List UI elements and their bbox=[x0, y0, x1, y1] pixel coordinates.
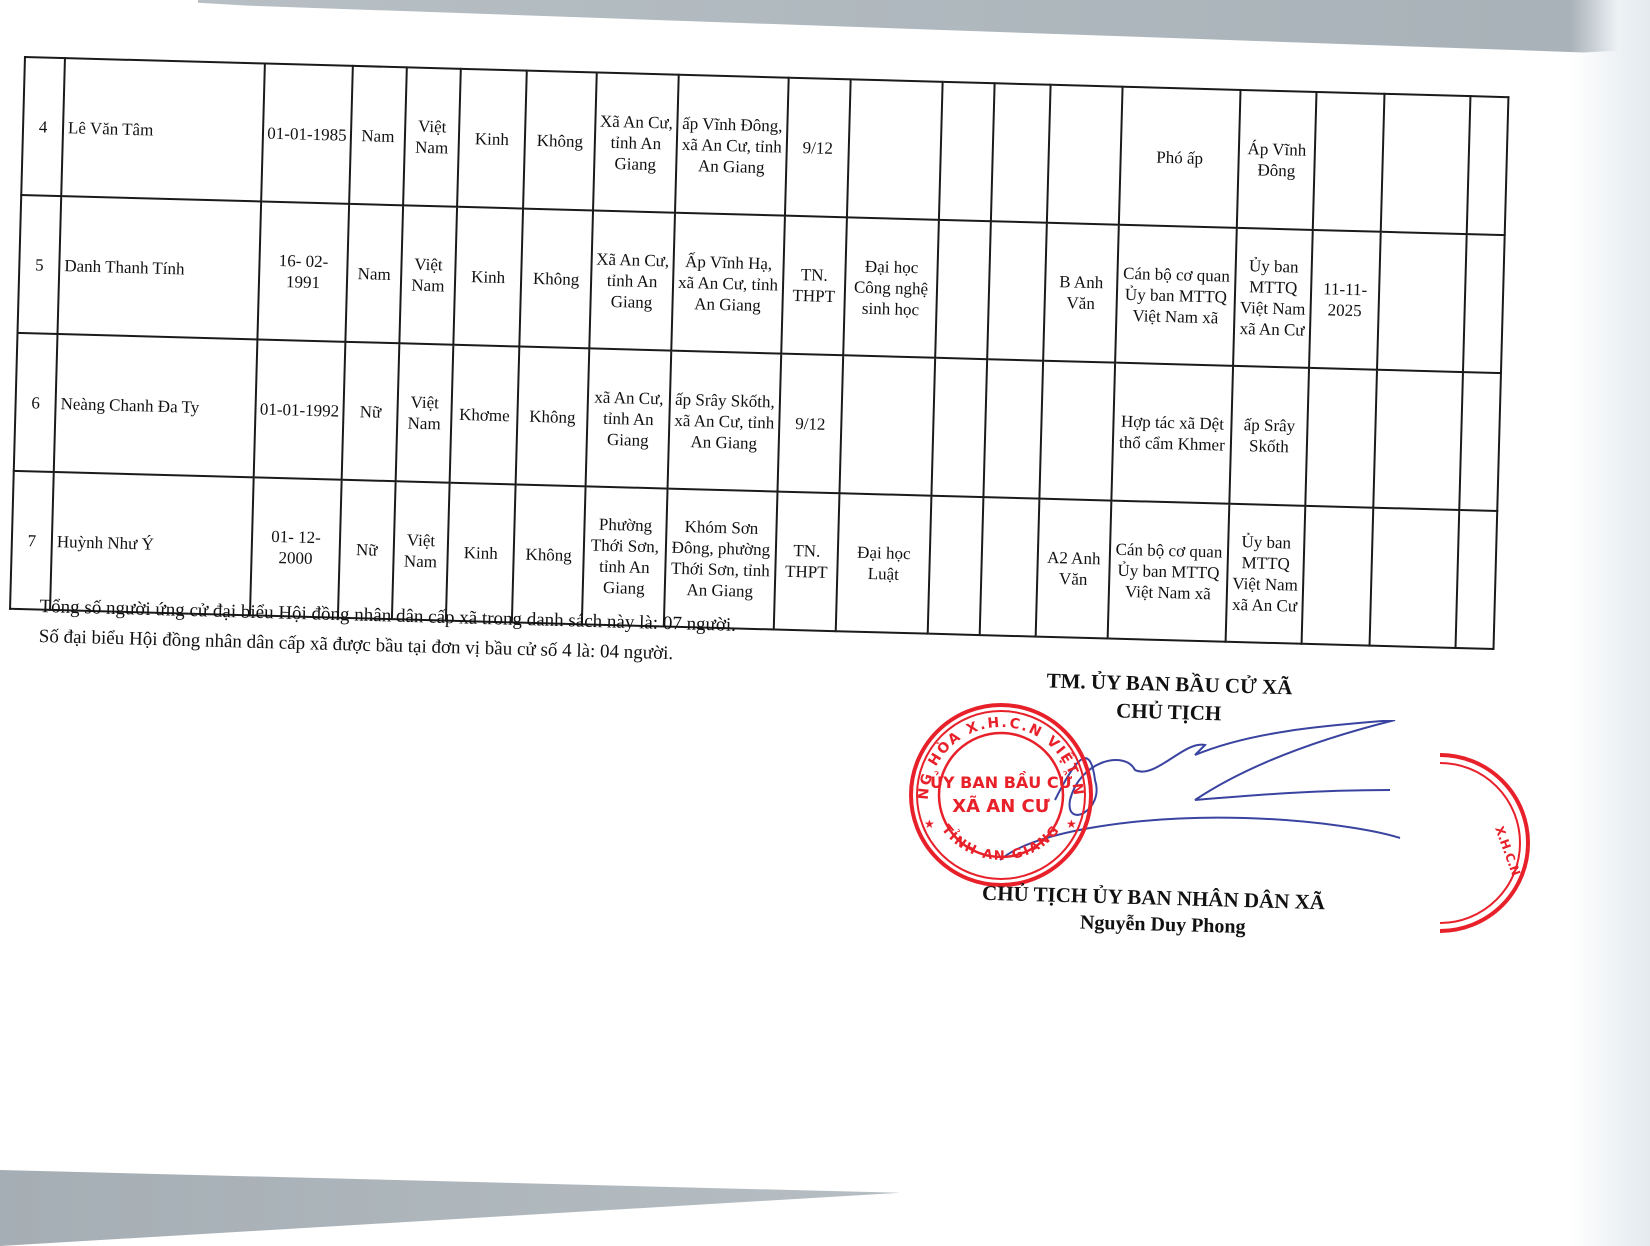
cell-occupation: Phó ấp bbox=[1119, 87, 1241, 228]
cell-gender: Nữ bbox=[338, 480, 396, 619]
cell-name: Danh Thanh Tính bbox=[57, 196, 261, 339]
cell-academic-degree bbox=[935, 220, 991, 359]
cell-general-education: TN. THPT bbox=[774, 492, 840, 632]
candidate-table-wrapper: 4Lê Văn Tâm01-01-1985NamViệt NamKinhKhôn… bbox=[9, 56, 1509, 650]
cell-nationality: Việt Nam bbox=[399, 205, 457, 344]
cell-party-join-date bbox=[1313, 92, 1385, 232]
cell-academic-degree bbox=[931, 358, 987, 497]
cell-workplace: Ủy ban MTTQ Việt Nam xã An Cư bbox=[1226, 504, 1306, 644]
cell-hometown: Phường Thới Sơn, tỉnh An Giang bbox=[582, 486, 668, 626]
partial-red-stamp-edge: X.H.C.N bbox=[1440, 748, 1550, 938]
cell-religion: Không bbox=[523, 71, 597, 211]
cell-gender: Nữ bbox=[342, 342, 400, 481]
candidate-table: 4Lê Văn Tâm01-01-1985NamViệt NamKinhKhôn… bbox=[9, 56, 1509, 650]
scanned-page: 4Lê Văn Tâm01-01-1985NamViệt NamKinhKhôn… bbox=[0, 0, 1650, 1246]
cell-col19 bbox=[1467, 96, 1509, 235]
cell-foreign-language: B Anh Văn bbox=[1043, 223, 1119, 363]
cell-stt: 5 bbox=[18, 195, 62, 334]
cell-workplace: ấp Srây Skốth bbox=[1229, 366, 1309, 506]
cell-col18 bbox=[1381, 94, 1471, 234]
cell-ethnicity: Kinh bbox=[453, 207, 523, 347]
cell-gender: Nam bbox=[349, 66, 407, 205]
cell-academic-degree bbox=[928, 496, 984, 635]
cell-professional-degree bbox=[839, 355, 935, 495]
cell-political-theory bbox=[991, 83, 1051, 222]
cell-stt: 7 bbox=[10, 471, 54, 610]
cell-dob: 16- 02- 1991 bbox=[257, 201, 349, 341]
cell-political-theory bbox=[980, 497, 1040, 636]
cell-residence: Ấp Vĩnh Hạ, xã An Cư, tỉnh An Giang bbox=[671, 213, 785, 354]
cell-ethnicity: Kinh bbox=[457, 69, 527, 209]
cell-col19 bbox=[1459, 372, 1501, 511]
cell-religion: Không bbox=[519, 209, 593, 349]
cell-political-theory bbox=[987, 221, 1047, 360]
signature-block: TM. ỦY BAN BẦU CỬ XÃ CHỦ TỊCH CHỦ TỊCH Ủ… bbox=[953, 664, 1380, 944]
cell-religion: Không bbox=[512, 484, 586, 624]
cell-nationality: Việt Nam bbox=[396, 343, 454, 482]
cell-nationality: Việt Nam bbox=[392, 481, 450, 620]
cell-col19 bbox=[1456, 510, 1498, 649]
cell-residence: ấp Vĩnh Đông, xã An Cư, tỉnh An Giang bbox=[675, 75, 789, 216]
cell-col18 bbox=[1370, 508, 1460, 648]
cell-stt: 4 bbox=[21, 57, 65, 196]
cell-party-join-date bbox=[1302, 506, 1374, 646]
cell-dob: 01- 12- 2000 bbox=[250, 477, 342, 617]
cell-academic-degree bbox=[939, 82, 995, 221]
cell-dob: 01-01-1985 bbox=[261, 64, 353, 204]
cell-nationality: Việt Nam bbox=[403, 67, 461, 206]
cell-col18 bbox=[1373, 370, 1463, 510]
cell-general-education: 9/12 bbox=[785, 78, 851, 218]
cell-party-join-date bbox=[1305, 368, 1377, 508]
cell-stt: 6 bbox=[14, 333, 58, 472]
cell-occupation: Cán bộ cơ quan Ủy ban MTTQ Việt Nam xã bbox=[1115, 225, 1237, 366]
cell-ethnicity: Khơme bbox=[450, 345, 520, 485]
cell-occupation: Cán bộ cơ quan Ủy ban MTTQ Việt Nam xã bbox=[1108, 501, 1230, 642]
cell-occupation: Hợp tác xã Dệt thổ cẩm Khmer bbox=[1111, 363, 1233, 504]
cell-name: Lê Văn Tâm bbox=[61, 58, 265, 201]
cell-gender: Nam bbox=[345, 204, 403, 343]
cell-dob: 01-01-1992 bbox=[254, 339, 346, 479]
cell-name: Neàng Chanh Đa Ty bbox=[54, 334, 258, 477]
cell-workplace: Áp Vĩnh Đông bbox=[1237, 90, 1317, 230]
cell-hometown: xã An Cư, tỉnh An Giang bbox=[586, 348, 672, 488]
cell-religion: Không bbox=[516, 347, 590, 487]
cell-foreign-language bbox=[1039, 361, 1115, 501]
cell-professional-degree: Đại học Luật bbox=[836, 493, 932, 633]
cell-ethnicity: Kinh bbox=[446, 483, 516, 623]
cell-col19 bbox=[1463, 234, 1505, 373]
cell-residence: ấp Srây Skốth, xã An Cư, tỉnh An Giang bbox=[668, 351, 782, 492]
cell-foreign-language: A2 Anh Văn bbox=[1036, 499, 1112, 639]
svg-text:★: ★ bbox=[924, 817, 935, 831]
cell-hometown: Xã An Cư, tỉnh An Giang bbox=[589, 210, 675, 350]
cell-party-join-date: 11-11- 2025 bbox=[1309, 230, 1381, 370]
cell-political-theory bbox=[983, 359, 1043, 498]
cell-general-education: TN. THPT bbox=[781, 216, 847, 356]
cell-workplace: Ủy ban MTTQ Việt Nam xã An Cư bbox=[1233, 228, 1313, 368]
cell-professional-degree bbox=[847, 79, 943, 219]
cell-foreign-language bbox=[1047, 85, 1123, 225]
cell-general-education: 9/12 bbox=[777, 354, 843, 494]
cell-hometown: Xã An Cư, tỉnh An Giang bbox=[593, 72, 679, 212]
cell-professional-degree: Đại học Công nghệ sinh học bbox=[843, 217, 939, 357]
cell-col18 bbox=[1377, 232, 1467, 372]
